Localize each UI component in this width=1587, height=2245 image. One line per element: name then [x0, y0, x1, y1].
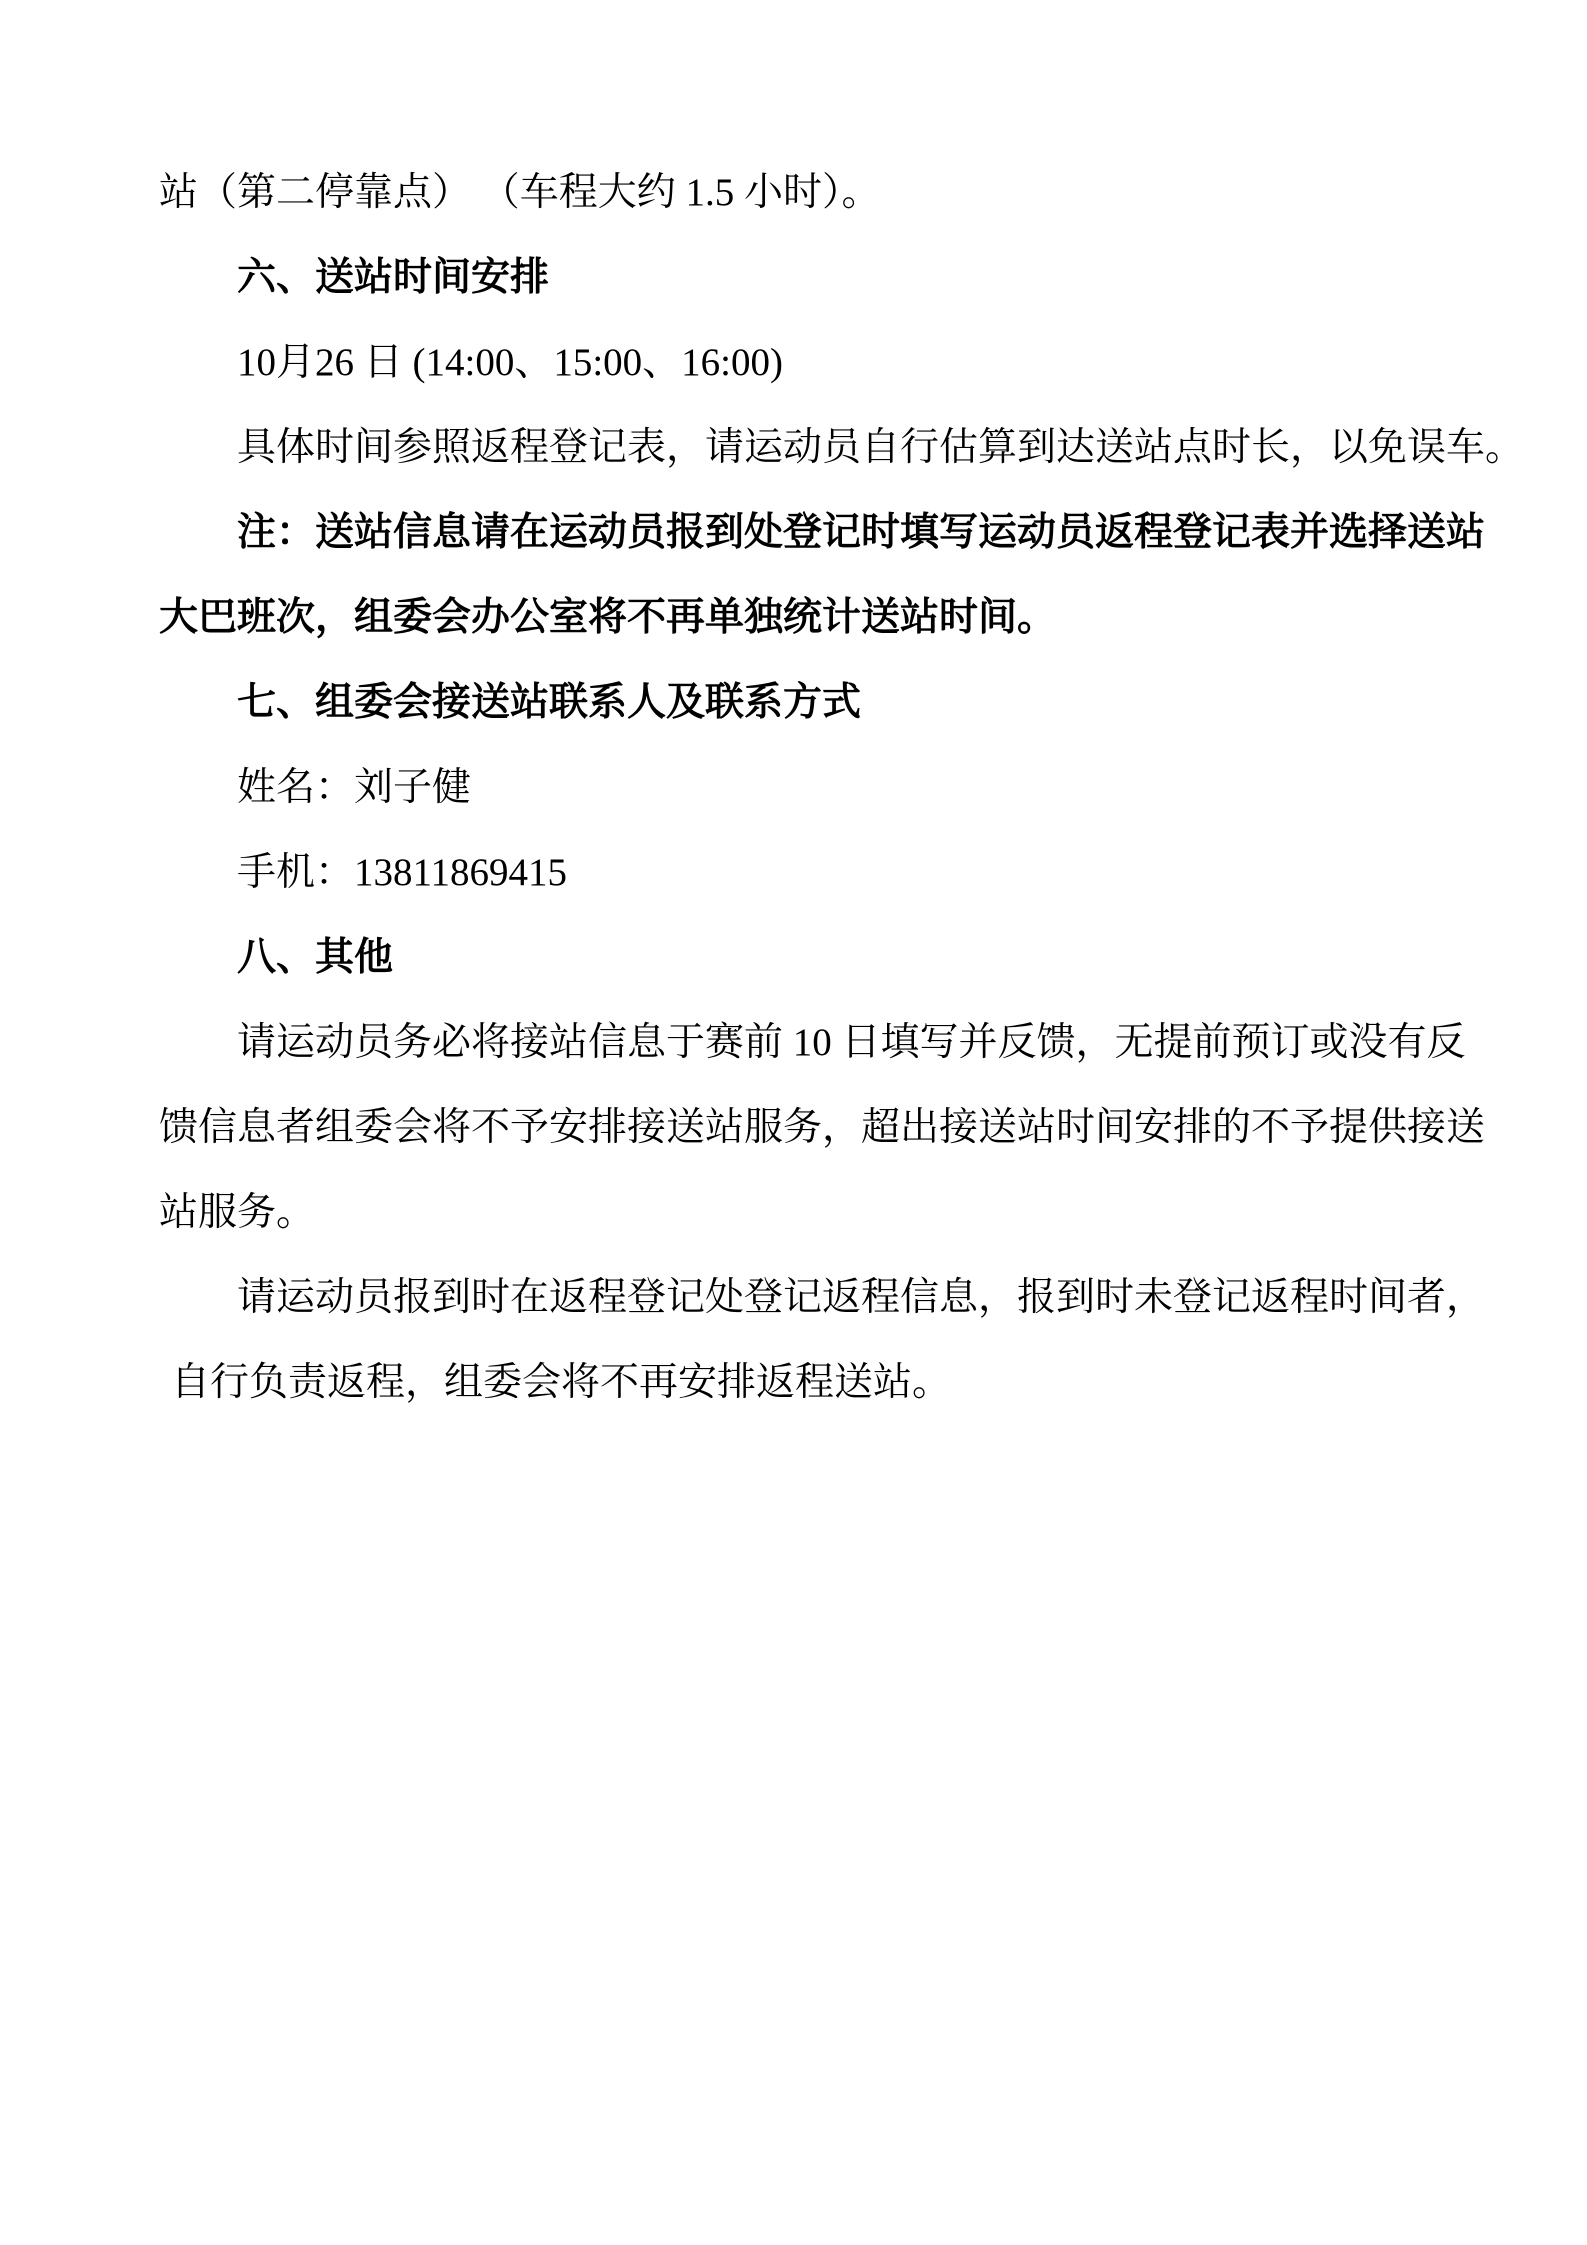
heading-section-seven: 七、组委会接送站联系人及联系方式: [159, 660, 1431, 745]
heading-section-eight: 八、其他: [159, 915, 1431, 1000]
line-contact-name: 姓名：刘子健: [159, 745, 1431, 830]
line-other-para2-l1: 请运动员报到时在返程登记处登记返程信息，报到时未登记返程时间者，: [159, 1255, 1431, 1340]
line-date-times: 10月26 日 (14:00、15:00、16:00): [159, 320, 1431, 405]
line-note-part1: 注：送站信息请在运动员报到处登记时填写运动员返程登记表并选择送站: [159, 490, 1431, 575]
document-page: 站（第二停靠点） （车程大约 1.5 小时）。 六、送站时间安排 10月26 日…: [0, 0, 1587, 2245]
line-other-para1-l3: 站服务。: [159, 1170, 1431, 1255]
line-other-para1-l1: 请运动员务必将接站信息于赛前 10 日填写并反馈，无提前预订或没有反: [159, 1000, 1431, 1085]
line-note-part2: 大巴班次，组委会办公室将不再单独统计送站时间。: [159, 575, 1431, 660]
line-other-para1-l2: 馈信息者组委会将不予安排接送站服务，超出接送站时间安排的不予提供接送: [159, 1085, 1431, 1170]
line-schedule-detail: 具体时间参照返程登记表，请运动员自行估算到达送站点时长，以免误车。: [159, 405, 1431, 490]
line-contact-phone: 手机：13811869415: [159, 830, 1431, 915]
paragraph-line-station-stop: 站（第二停靠点） （车程大约 1.5 小时）。: [159, 150, 1431, 235]
heading-section-six: 六、送站时间安排: [159, 235, 1431, 320]
line-other-para2-l2: 自行负责返程，组委会将不再安排返程送站。: [159, 1340, 1431, 1425]
document-body: 站（第二停靠点） （车程大约 1.5 小时）。 六、送站时间安排 10月26 日…: [159, 150, 1431, 1425]
